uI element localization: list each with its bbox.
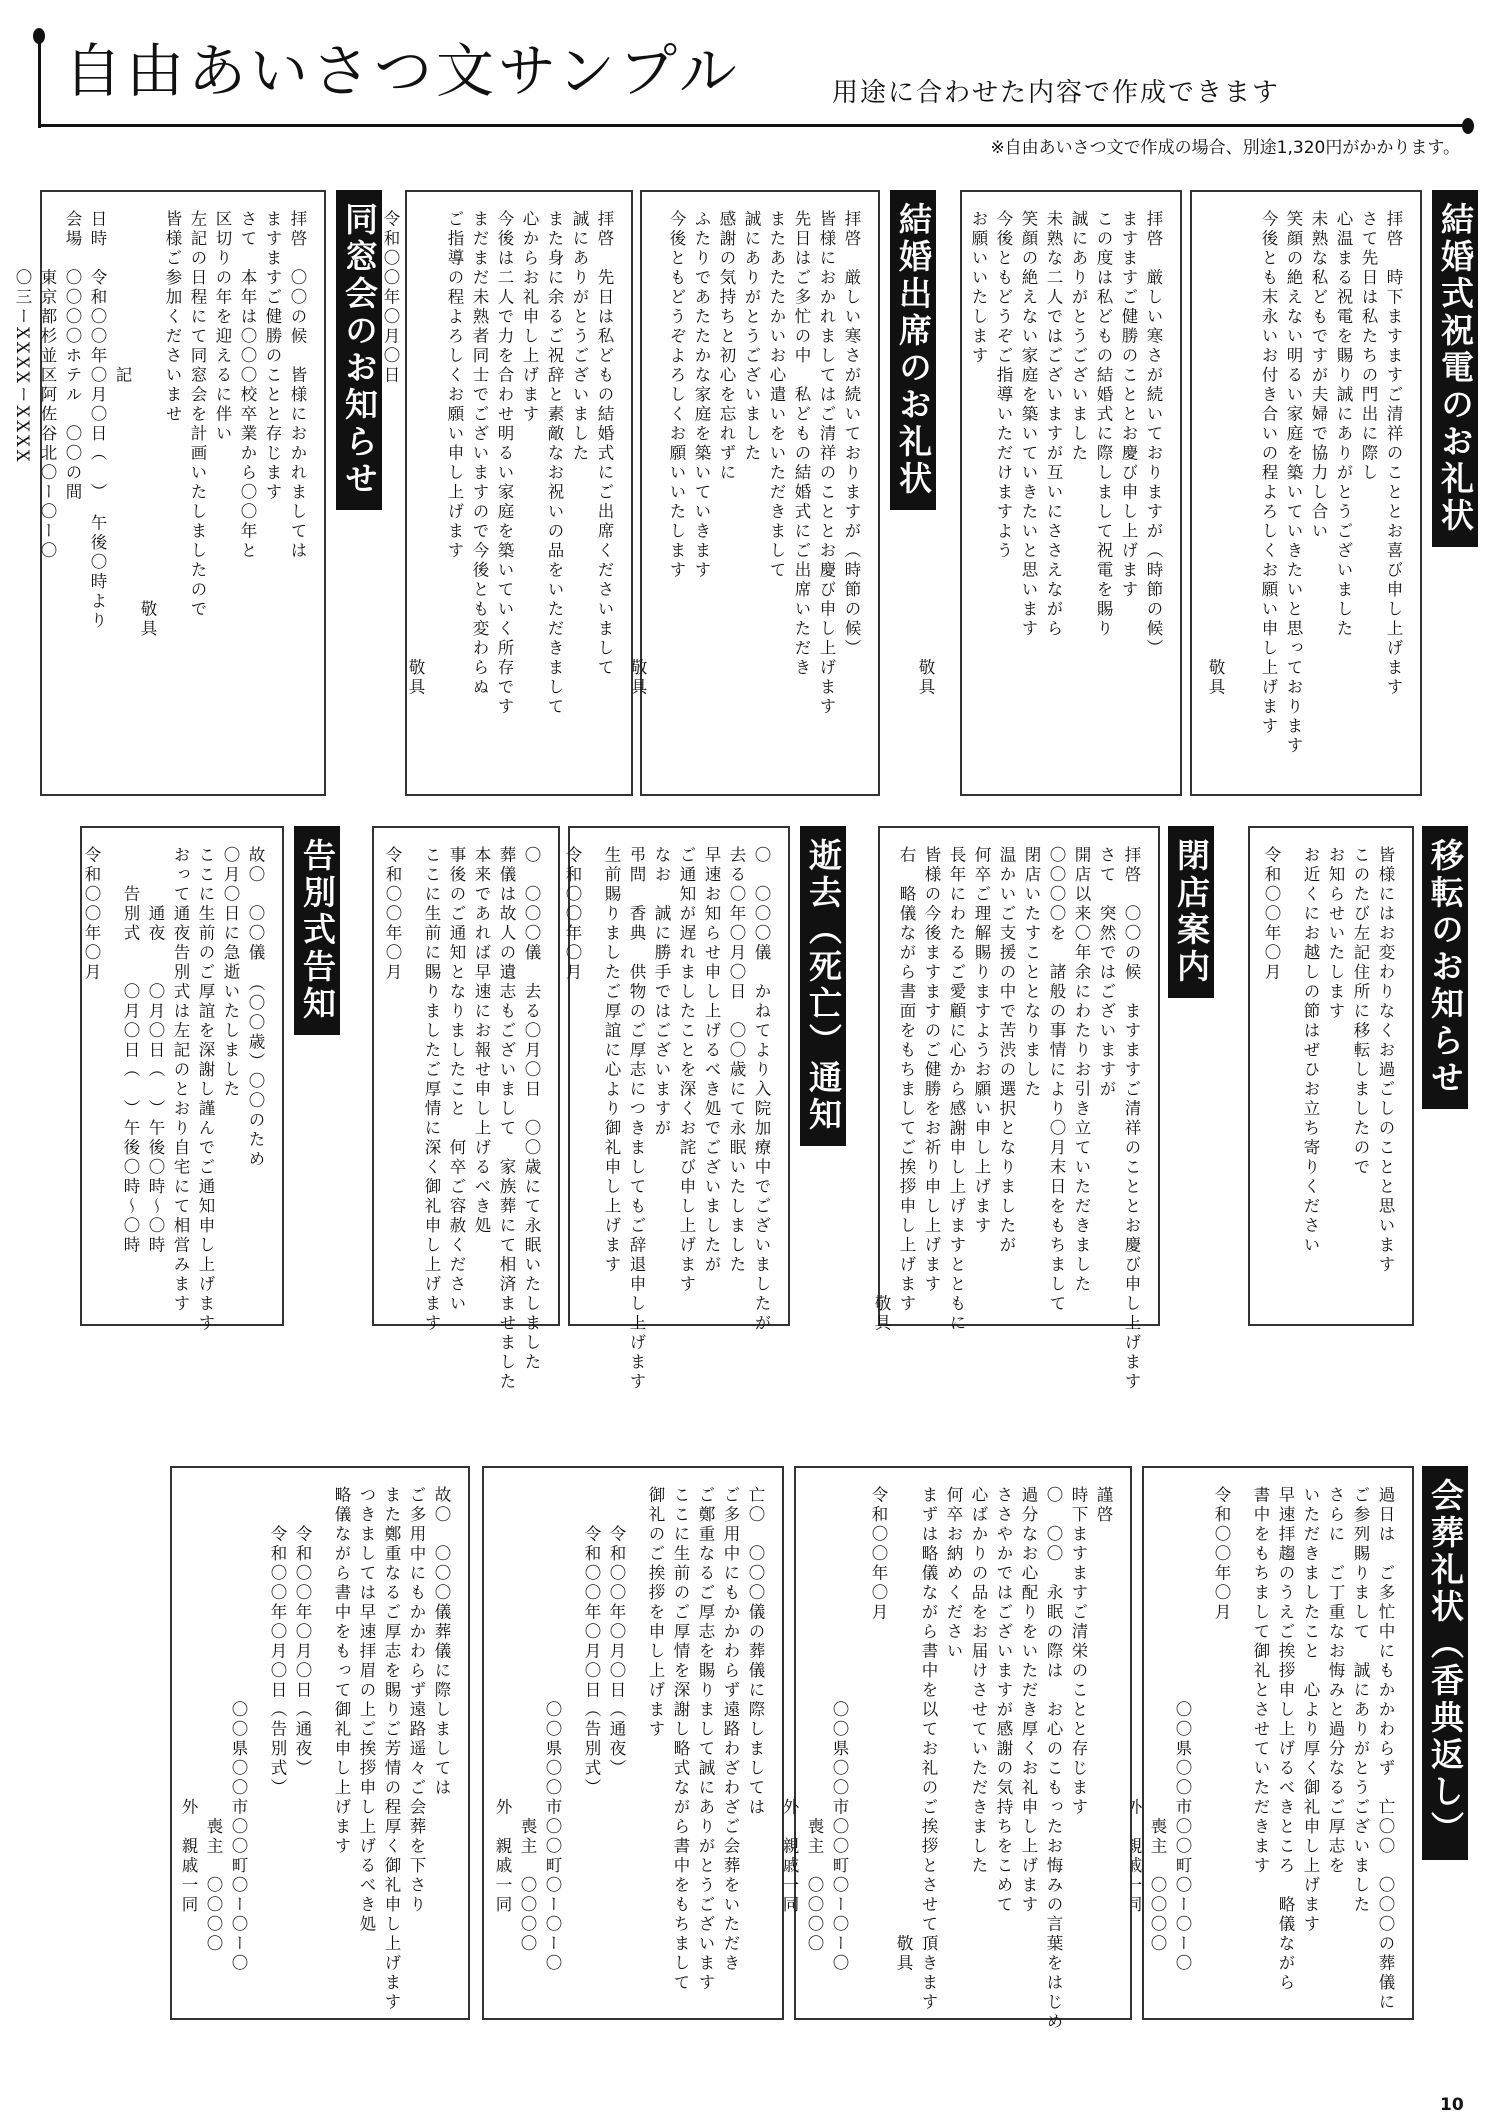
category-badge-reunion: 同窓会のお知らせ [336, 190, 382, 510]
sample-text: 〇 〇〇〇儀 去る〇月〇日 〇〇歳にて永眠いたしました 葬儀は故人の遺志もござい… [388, 846, 544, 1310]
category-badge-wedding-attendance: 結婚出席のお礼状 [890, 190, 936, 510]
sample-card[interactable]: 拝啓 〇〇の候 ますますご清祥のこととお慶び申し上げます さて 突然ではございま… [878, 826, 1160, 1326]
sample-card[interactable]: 拝啓 時下ますますご清祥のこととお喜び申し上げます さて先日は私たちの門出に際し… [1190, 190, 1422, 796]
sample-card[interactable]: 〇 〇〇〇儀 かねてより入院加療中でございましたが 去る〇年〇月〇日 〇〇歳にて… [568, 826, 790, 1326]
sample-text: 拝啓 〇〇の候 皆様におかれましては ますますご健勝のことと存じます さて 本年… [56, 210, 310, 780]
decorative-line [38, 36, 41, 128]
sample-text: 皆様にはお変わりなくお過ごしのことと思います このたび左記住所に移転しましたので… [1264, 846, 1398, 1310]
page-number: 10 [1440, 2095, 1464, 2115]
category-badge-closing: 閉店案内 [1168, 826, 1214, 998]
sample-text: 拝啓 時下ますますご清祥のこととお喜び申し上げます さて先日は私たちの門出に際し… [1206, 210, 1406, 780]
page-title: 自由あいさつ文サンプル [64, 42, 741, 100]
header-divider [38, 124, 1468, 127]
category-badge-death-notice: 逝去（死亡）通知 [800, 826, 846, 1146]
sample-card[interactable]: 故〇 〇〇儀 （〇〇歳）〇〇のため 〇月〇日に急逝いたしました ここに生前のご厚… [80, 826, 284, 1326]
sample-text: 故〇 〇〇〇儀葬儀に際しましては ご多用中にもかかわらず遠路遥々ご会葬を下さり … [186, 1486, 454, 2004]
category-badge-funeral-notice: 告別式告知 [294, 826, 340, 1035]
sample-card[interactable]: 拝啓 先日は私どもの結婚式にご出席くださいまして 誠にありがとうございました ま… [405, 190, 633, 796]
sample-text: 謹啓 時下ますますご清栄のことと存じます 〇 〇〇 永眠の際は お心のこもったお… [810, 1486, 1116, 2004]
sample-text: 拝啓 先日は私どもの結婚式にご出席くださいまして 誠にありがとうございました ま… [421, 210, 617, 780]
sample-card[interactable]: 故〇 〇〇〇儀葬儀に際しましては ご多用中にもかかわらず遠路遥々ご会葬を下さり … [170, 1466, 470, 2020]
category-badge-wedding-telegram: 結婚式祝電のお礼状 [1432, 190, 1478, 547]
sample-card[interactable]: 〇 〇〇〇儀 去る〇月〇日 〇〇歳にて永眠いたしました 葬儀は故人の遺志もござい… [372, 826, 560, 1326]
sample-text: 亡〇 〇〇〇儀の葬儀に際しましては ご多用中にもかかわらず遠路わざわざご会葬をい… [498, 1486, 768, 2004]
sample-text: 過日は ご多忙中にもかかわらず 亡〇〇 〇〇〇の葬儀に ご参列賜りまして 誠にあ… [1158, 1486, 1398, 2004]
sample-text: 拝啓 厳しい寒さが続いておりますが（時節の候） ますますご健勝のこととお慶び申し… [976, 210, 1166, 780]
decorative-dot [1462, 118, 1474, 134]
sample-card[interactable]: 謹啓 時下ますますご清栄のことと存じます 〇 〇〇 永眠の際は お心のこもったお… [794, 1466, 1132, 2020]
sample-card[interactable]: 拝啓 厳しい寒さが続いておりますが（時節の候） ますますご健勝のこととお慶び申し… [960, 190, 1182, 796]
page-subtitle: 用途に合わせた内容で作成できます [832, 80, 1280, 106]
sample-card[interactable]: 拝啓 〇〇の候 皆様におかれましては ますますご健勝のことと存じます さて 本年… [40, 190, 326, 796]
sample-text: 拝啓 厳しい寒さが続いておりますが（時節の候） 皆様におかれましてはご清祥のこと… [656, 210, 864, 780]
sample-text: 故〇 〇〇儀 （〇〇歳）〇〇のため 〇月〇日に急逝いたしました ここに生前のご厚… [96, 846, 268, 1310]
sample-card[interactable]: 過日は ご多忙中にもかかわらず 亡〇〇 〇〇〇の葬儀に ご参列賜りまして 誠にあ… [1142, 1466, 1414, 2020]
page-header: 自由あいさつ文サンプル 用途に合わせた内容で作成できます ※自由あいさつ文で作成… [0, 0, 1500, 170]
sample-card[interactable]: 皆様にはお変わりなくお過ごしのことと思います このたび左記住所に移転しましたので… [1248, 826, 1414, 1326]
sample-card[interactable]: 拝啓 厳しい寒さが続いておりますが（時節の候） 皆様におかれましてはご清祥のこと… [640, 190, 880, 796]
sample-text: 〇 〇〇〇儀 かねてより入院加療中でございましたが 去る〇年〇月〇日 〇〇歳にて… [584, 846, 774, 1310]
sample-card[interactable]: 亡〇 〇〇〇儀の葬儀に際しましては ご多用中にもかかわらず遠路わざわざご会葬をい… [482, 1466, 784, 2020]
category-badge-funeral-thanks: 会葬礼状（香典返し） [1422, 1466, 1468, 1860]
category-badge-relocation: 移転のお知らせ [1422, 826, 1468, 1109]
sample-text: 拝啓 〇〇の候 ますますご清祥のこととお慶び申し上げます さて 突然ではございま… [894, 846, 1144, 1310]
pricing-note: ※自由あいさつ文で作成の場合、別途1,320円がかかります。 [990, 140, 1460, 157]
